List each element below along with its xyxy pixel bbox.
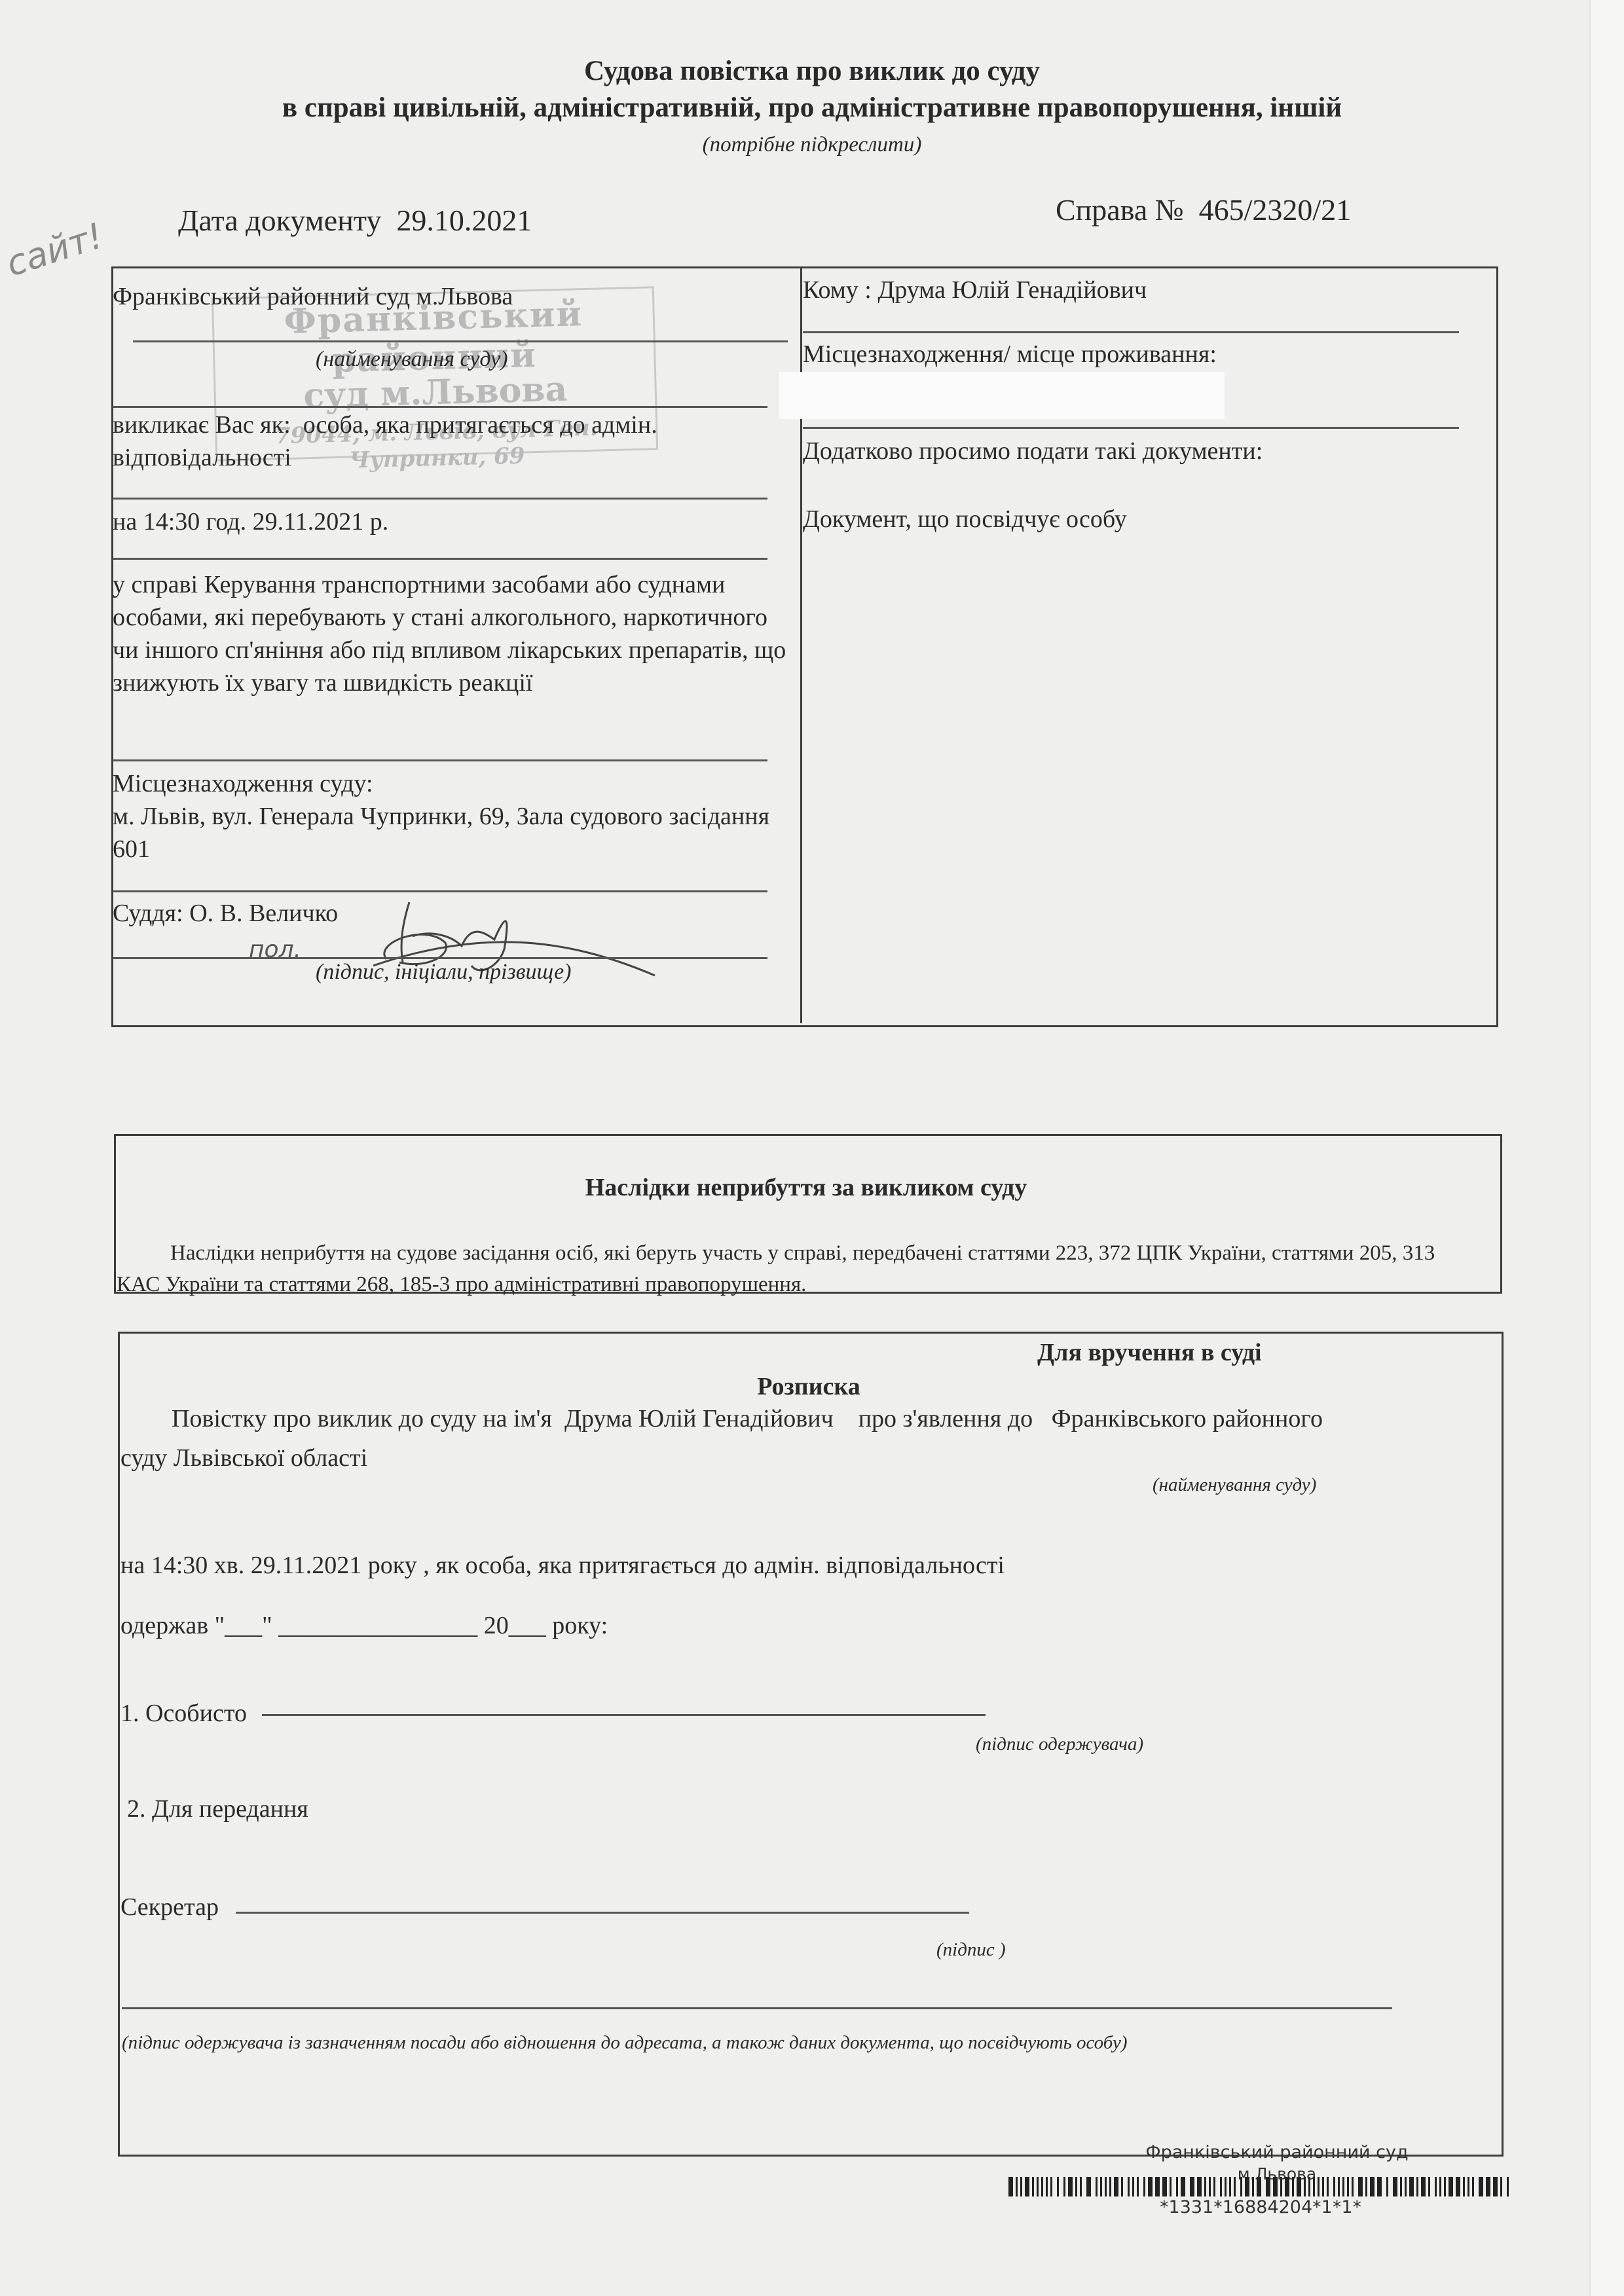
rule bbox=[113, 558, 767, 560]
secretary-label: Секретар bbox=[120, 1891, 219, 1923]
receipt-court-part2: суду Львівської області bbox=[120, 1442, 367, 1474]
recipient-name: Друма Юлій Генадійович bbox=[877, 276, 1147, 304]
transfer-label: 2. Для передання bbox=[127, 1793, 308, 1825]
residence-label: Місцезнаходження/ місце проживання: bbox=[803, 338, 1217, 371]
court-name: Франківський районний суд м.Львова bbox=[113, 280, 513, 313]
document-title: Судова повістка про виклик до суду bbox=[0, 55, 1624, 87]
rule bbox=[113, 957, 767, 959]
personal-caption: (підпис одержувача) bbox=[976, 1734, 1143, 1755]
rule bbox=[113, 759, 767, 761]
receipt-line1-prefix: Повістку про виклик до суду на ім'я bbox=[172, 1405, 552, 1432]
rule bbox=[113, 406, 767, 408]
received-date-field[interactable]: одержав "___" ________________ 20___ рок… bbox=[120, 1609, 608, 1642]
court-location-value: м. Львів, вул. Генерала Чупринки, 69, За… bbox=[113, 800, 787, 866]
recipient-details-caption: (підпис одержувача із зазначенням посади… bbox=[122, 2032, 1128, 2054]
consequences-text: Наслідки неприбуття на судове засідання … bbox=[117, 1237, 1479, 1300]
recipient-label: Кому : bbox=[803, 276, 872, 304]
paper-edge bbox=[1589, 0, 1624, 2296]
case-number: Справа № 465/2320/21 bbox=[1056, 192, 1351, 227]
called-as: викликає Вас як: особа, яка притягається… bbox=[113, 409, 787, 474]
rule bbox=[803, 427, 1459, 429]
document-date-value: 29.10.2021 bbox=[396, 204, 532, 237]
judge-label: Суддя: bbox=[113, 900, 183, 927]
underline-hint: (потрібне підкреслити) bbox=[0, 133, 1624, 157]
receipt-datetime: на 14:30 хв. 29.11.2021 року , як особа,… bbox=[120, 1549, 1005, 1582]
receipt-recipient-name: Друма Юлій Генадійович bbox=[564, 1405, 834, 1432]
extra-docs-label: Додатково просимо подати такі документи: bbox=[803, 435, 1263, 467]
rule bbox=[133, 340, 788, 342]
receipt-title: Розписка bbox=[118, 1372, 1500, 1401]
secretary-caption: (підпис ) bbox=[936, 1939, 1006, 1961]
barcode-text: *1331*16884204*1*1* bbox=[1008, 2197, 1513, 2217]
receipt-court-caption: (найменування суду) bbox=[1153, 1474, 1316, 1496]
judge: Суддя: О. В. Величко bbox=[113, 897, 338, 930]
document-date: Дата документу 29.10.2021 bbox=[178, 203, 532, 238]
consequences-title: Наслідки неприбуття за викликом суду bbox=[114, 1173, 1498, 1202]
called-as-label: викликає Вас як: bbox=[113, 411, 291, 439]
rule bbox=[113, 890, 767, 892]
recipient: Кому : Друма Юлій Генадійович bbox=[803, 274, 1147, 306]
rule bbox=[803, 331, 1459, 333]
personal-signature-line[interactable] bbox=[262, 1714, 986, 1716]
delivery-note: Для вручення в суді bbox=[1037, 1338, 1262, 1367]
barcode bbox=[1008, 2177, 1513, 2196]
rule bbox=[113, 498, 767, 500]
extra-docs-value: Документ, що посвідчує особу bbox=[803, 503, 1127, 536]
signature-caption: (підпис, ініціали, прізвище) bbox=[316, 960, 572, 985]
judge-name: О. В. Величко bbox=[189, 900, 338, 927]
footer-court-line1: Франківський районний суд bbox=[1087, 2142, 1467, 2162]
secretary-signature-line[interactable] bbox=[236, 1912, 969, 1914]
receipt-line1-mid: про з'явлення до bbox=[858, 1405, 1033, 1432]
case-subject: у справі Керування транспортними засобам… bbox=[113, 568, 797, 699]
recipient-details-line[interactable] bbox=[122, 2007, 1392, 2009]
receipt-court-part1: Франківського районного bbox=[1052, 1405, 1323, 1432]
court-location-label: Місцезнаходження суду: bbox=[113, 767, 373, 800]
document-date-label: Дата документу bbox=[178, 204, 381, 237]
document-subtitle: в справі цивільній, адміністративній, пр… bbox=[0, 92, 1624, 124]
court-name-caption: (найменування суду) bbox=[316, 347, 508, 372]
redaction-patch bbox=[779, 372, 1225, 419]
case-number-value: 465/2320/21 bbox=[1199, 193, 1352, 227]
receipt-line1: Повістку про виклик до суду на ім'я Друм… bbox=[172, 1402, 1323, 1435]
personal-label: 1. Особисто bbox=[120, 1697, 247, 1730]
hearing-datetime: на 14:30 год. 29.11.2021 р. bbox=[113, 505, 388, 538]
case-number-label: Справа № bbox=[1056, 193, 1184, 227]
